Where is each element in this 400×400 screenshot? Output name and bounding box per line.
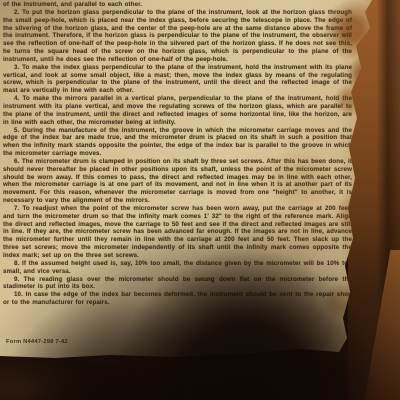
paragraph: 3. To make the index glass perpendicular… (3, 64, 352, 95)
form-number: Form N4447-298 7-42 (6, 339, 68, 345)
paragraph: 7. To readjust when the point of the mic… (3, 205, 352, 260)
paragraph: 8. If the assumed height used is, say, 1… (3, 260, 352, 276)
instruction-text: of the instrument, and parallel to each … (3, 1, 352, 337)
paragraph: 2. To put the horizon glass perpendicula… (3, 9, 352, 64)
photo-of-instruction-label-in-wooden-case: of the instrument, and parallel to each … (0, 0, 400, 400)
paragraph: 4. To make the mirrors parallel in a ver… (3, 95, 352, 126)
paragraph: 5. During the manufacture of the instrum… (3, 127, 352, 158)
instruction-sheet: of the instrument, and parallel to each … (0, 0, 374, 362)
paragraph: 9. The reading glass over the micrometer… (3, 276, 352, 292)
paragraph: of the instrument, and parallel to each … (3, 1, 352, 9)
paragraph: 10. In case the edge of the index bar be… (3, 291, 352, 307)
paragraph: 6. The micrometer drum is clamped in pos… (3, 158, 352, 205)
